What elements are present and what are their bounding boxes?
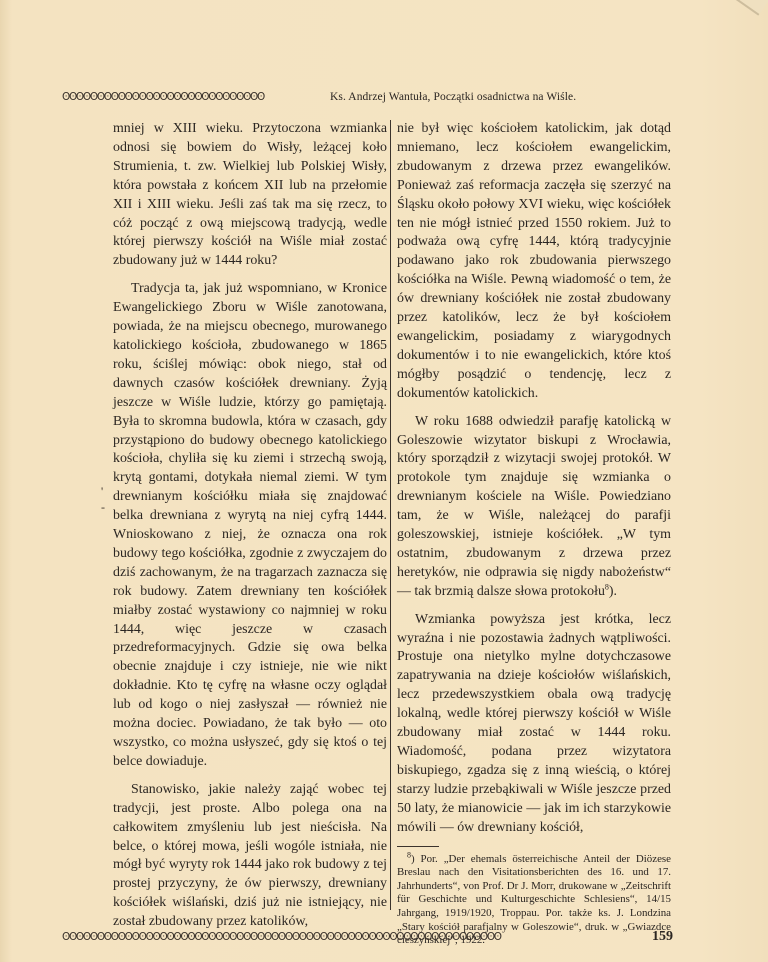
- paragraph: mniej w XIII wieku. Przytoczona wzmianka…: [113, 120, 387, 271]
- page-number: 159: [652, 929, 673, 945]
- margin-mark: -: [101, 500, 105, 515]
- paragraph: W roku 1688 odwiedził parafję katolicką …: [397, 413, 671, 602]
- right-column: nie był więc kościołem katolickim, jak d…: [397, 120, 671, 948]
- paragraph: Tradycja ta, jak już wspomniano, w Kroni…: [113, 280, 387, 772]
- ornament-border-icon: ʘʘʘʘʘʘʘʘʘʘʘʘʘʘʘʘʘʘʘʘʘʘʘʘʘʘʘʘʘ: [62, 91, 324, 103]
- scanned-page: ʘʘʘʘʘʘʘʘʘʘʘʘʘʘʘʘʘʘʘʘʘʘʘʘʘʘʘʘʘ Ks. Andrze…: [0, 0, 768, 962]
- running-head: ʘʘʘʘʘʘʘʘʘʘʘʘʘʘʘʘʘʘʘʘʘʘʘʘʘʘʘʘʘ Ks. Andrze…: [62, 89, 682, 105]
- running-head-title: Ks. Andrzej Wantuła, Początki osadnictwa…: [330, 91, 576, 103]
- paragraph: Stanowisko, jakie należy zająć wobec tej…: [113, 781, 387, 932]
- margin-mark: ': [101, 484, 103, 499]
- running-foot: ʘʘʘʘʘʘʘʘʘʘʘʘʘʘʘʘʘʘʘʘʘʘʘʘʘʘʘʘʘʘʘʘʘʘʘʘʘʘʘʘ…: [62, 928, 684, 946]
- paragraph: nie był więc kościołem katolickim, jak d…: [397, 120, 671, 404]
- column-divider: [390, 120, 391, 910]
- paragraph-tail: ).: [609, 584, 617, 599]
- folded-page-corner: [733, 0, 768, 16]
- paragraph-text: W roku 1688 odwiedził parafję katolicką …: [397, 414, 671, 599]
- footnote-rule: [397, 846, 439, 847]
- paragraph: Wzmianka powyższa jest krótka, lecz wyra…: [397, 611, 671, 838]
- ornament-border-icon: ʘʘʘʘʘʘʘʘʘʘʘʘʘʘʘʘʘʘʘʘʘʘʘʘʘʘʘʘʘʘʘʘʘʘʘʘʘʘʘʘ…: [62, 931, 644, 943]
- left-column: mniej w XIII wieku. Przytoczona wzmianka…: [113, 120, 387, 932]
